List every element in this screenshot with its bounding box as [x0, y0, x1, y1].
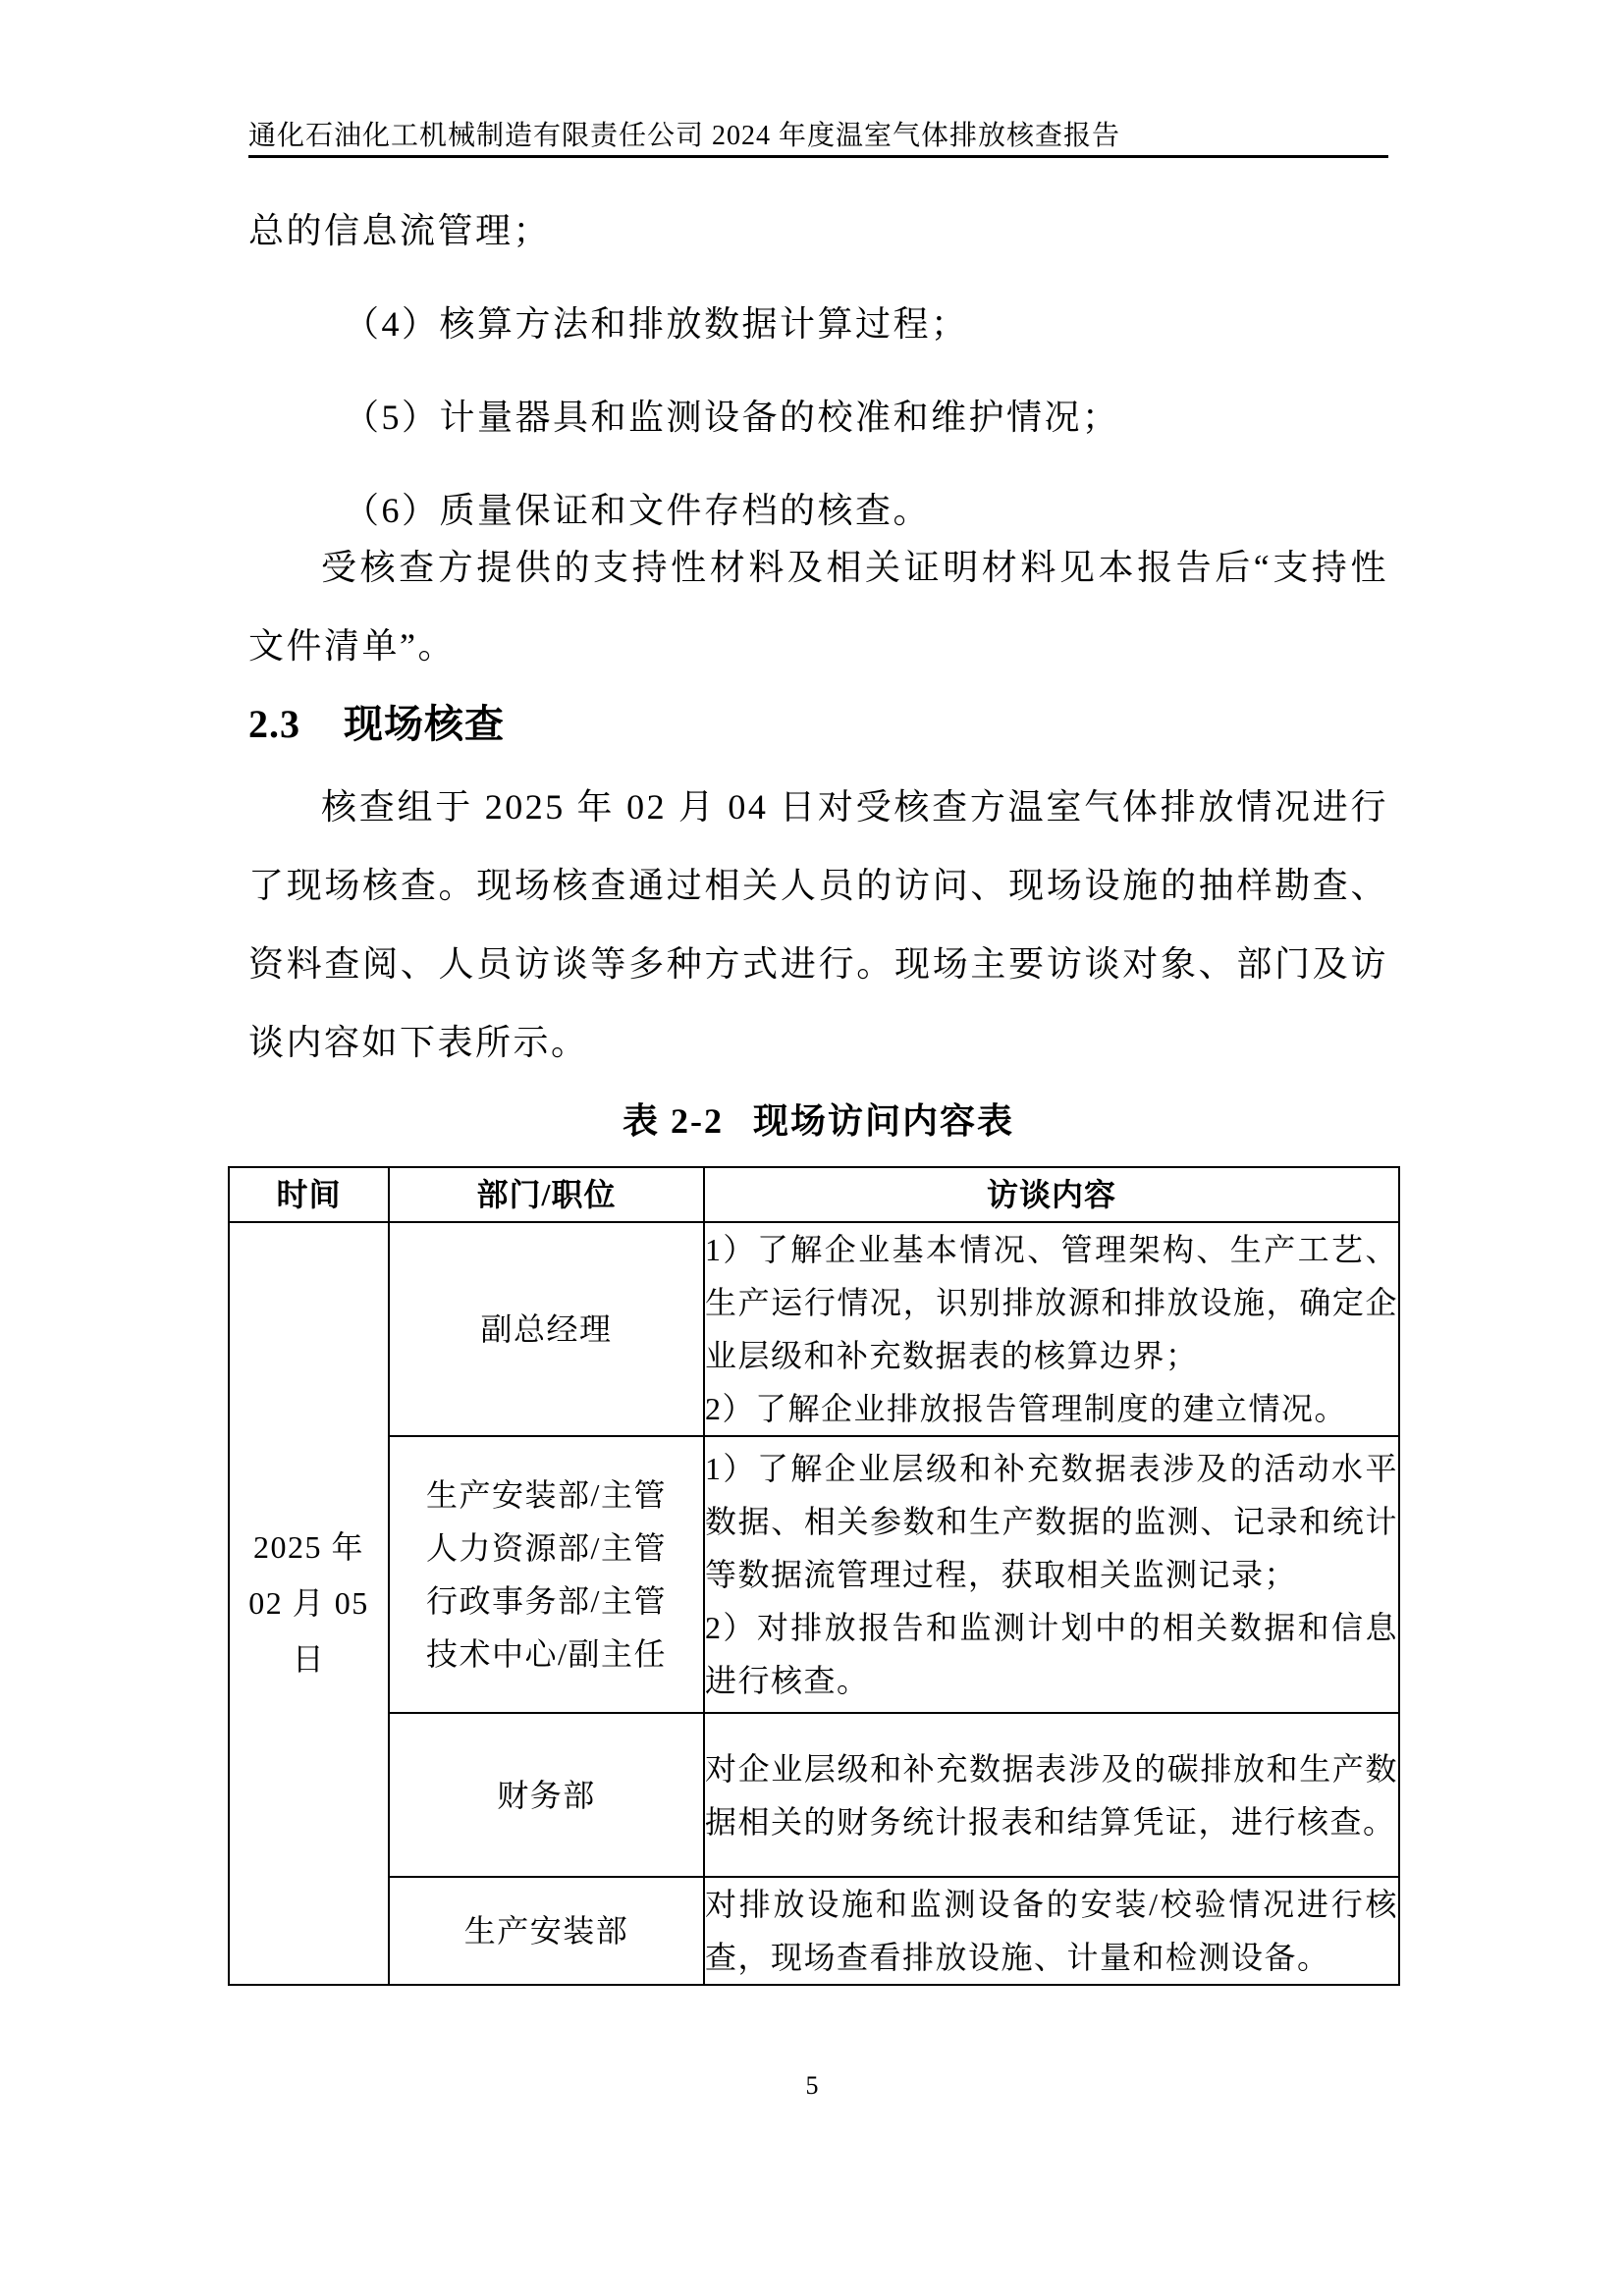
column-header-time: 时间 — [229, 1167, 389, 1222]
running-header: 通化石油化工机械制造有限责任公司 2024 年度温室气体排放核查报告 — [248, 121, 1388, 152]
text-line: 日 — [230, 1631, 388, 1687]
dept-cell: 财务部 — [389, 1713, 704, 1877]
document-body: 总的信息流管理； （4）核算方法和排放数据计算过程； （5）计量器具和监测设备的… — [248, 191, 1388, 1986]
interview-content-cell: 对排放设施和监测设备的安装/校验情况进行核查，现场查看排放设施、计量和检测设备。 — [704, 1877, 1399, 1985]
site-visit-table: 时间 部门/职位 访谈内容 2025 年02 月 05日 副总经理 1）了解企业… — [228, 1166, 1400, 1986]
paragraph-support-materials: 受核查方提供的支持性材料及相关证明材料见本报告后“支持性文件清单”。 — [248, 528, 1388, 685]
text-line: 生产安装部 — [390, 1904, 703, 1957]
section-number: 2.3 — [248, 702, 300, 746]
text-line: 生产安装部/主管 — [390, 1468, 703, 1522]
section-title: 现场核查 — [344, 702, 505, 746]
page-number: 5 — [0, 2066, 1624, 2106]
dept-cell: 生产安装部 — [389, 1877, 704, 1985]
time-cell: 2025 年02 月 05日 — [229, 1222, 389, 1985]
text-line: 2025 年 — [230, 1520, 388, 1575]
header-divider — [248, 155, 1388, 158]
list-item-5: （5）计量器具和监测设备的校准和维护情况； — [248, 378, 1388, 456]
text-line: 副总经理 — [390, 1303, 703, 1356]
table-caption-label: 表 2-2 — [623, 1101, 724, 1141]
text-line: 对企业层级和补充数据表涉及的碳排放和生产数据相关的财务统计报表和结算凭证，进行核… — [705, 1742, 1398, 1848]
dept-cell: 副总经理 — [389, 1222, 704, 1436]
column-header-dept: 部门/职位 — [389, 1167, 704, 1222]
table-row: 财务部 对企业层级和补充数据表涉及的碳排放和生产数据相关的财务统计报表和结算凭证… — [229, 1713, 1399, 1877]
interview-content-cell: 1）了解企业基本情况、管理架构、生产工艺、生产运行情况，识别排放源和排放设施，确… — [704, 1222, 1399, 1436]
text-line: 2）对排放报告和监测计划中的相关数据和信息进行核查。 — [705, 1601, 1398, 1707]
text-line: 2）了解企业排放报告管理制度的建立情况。 — [705, 1382, 1398, 1435]
column-header-content: 访谈内容 — [704, 1167, 1399, 1222]
table-row: 2025 年02 月 05日 副总经理 1）了解企业基本情况、管理架构、生产工艺… — [229, 1222, 1399, 1436]
paragraph-site-visit: 核查组于 2025 年 02 月 04 日对受核查方温室气体排放情况进行了现场核… — [248, 768, 1388, 1082]
table-caption-title: 现场访问内容表 — [753, 1101, 1014, 1141]
table-row: 生产安装部 对排放设施和监测设备的安装/校验情况进行核查，现场查看排放设施、计量… — [229, 1877, 1399, 1985]
interview-content-cell: 1）了解企业层级和补充数据表涉及的活动水平数据、相关参数和生产数据的监测、记录和… — [704, 1436, 1399, 1713]
table-header-row: 时间 部门/职位 访谈内容 — [229, 1167, 1399, 1222]
text-line: 人力资源部/主管 — [390, 1522, 703, 1575]
text-line: 1）了解企业基本情况、管理架构、生产工艺、生产运行情况，识别排放源和排放设施，确… — [705, 1223, 1398, 1382]
list-item-4: （4）核算方法和排放数据计算过程； — [248, 285, 1388, 363]
document-page: 通化石油化工机械制造有限责任公司 2024 年度温室气体排放核查报告 总的信息流… — [0, 0, 1624, 2296]
table-row: 生产安装部/主管人力资源部/主管行政事务部/主管技术中心/副主任 1）了解企业层… — [229, 1436, 1399, 1713]
section-heading: 2.3现场核查 — [248, 685, 1388, 764]
text-line: 对排放设施和监测设备的安装/校验情况进行核查，现场查看排放设施、计量和检测设备。 — [705, 1878, 1398, 1984]
text-line: 行政事务部/主管 — [390, 1575, 703, 1628]
text-line: 02 月 05 — [230, 1575, 388, 1631]
text-line: 技术中心/副主任 — [390, 1628, 703, 1681]
paragraph-carryover: 总的信息流管理； — [248, 191, 1388, 270]
text-line: 1）了解企业层级和补充数据表涉及的活动水平数据、相关参数和生产数据的监测、记录和… — [705, 1442, 1398, 1601]
interview-content-cell: 对企业层级和补充数据表涉及的碳排放和生产数据相关的财务统计报表和结算凭证，进行核… — [704, 1713, 1399, 1877]
table-caption: 表 2-2现场访问内容表 — [248, 1082, 1388, 1160]
text-line: 财务部 — [390, 1769, 703, 1822]
dept-cell: 生产安装部/主管人力资源部/主管行政事务部/主管技术中心/副主任 — [389, 1436, 704, 1713]
